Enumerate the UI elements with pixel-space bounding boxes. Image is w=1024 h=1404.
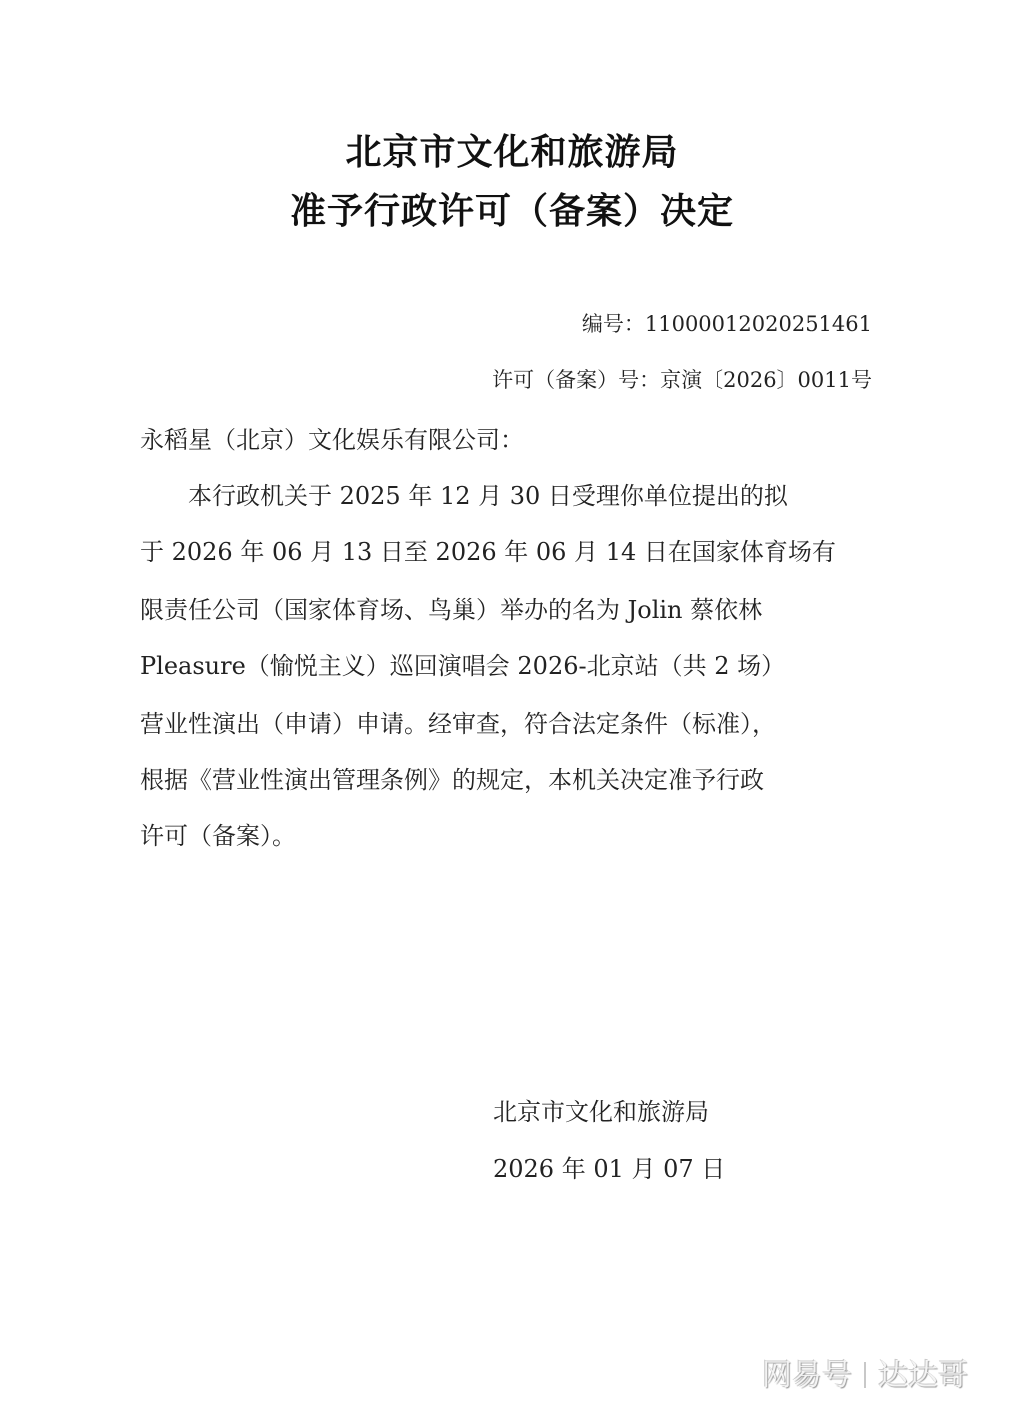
watermark-author: 达达哥 [878, 1358, 968, 1393]
watermark: 网易号达达哥 [762, 1350, 968, 1394]
body-line: 根据《营业性演出管理条例》的规定，本机关决定准予行政 [140, 760, 764, 795]
body-line: 限责任公司（国家体育场、鸟巢）举办的名为 Jolin 蔡依林 [140, 590, 762, 625]
signature-date: 2026 年 01 月 07 日 [493, 1149, 725, 1184]
body-line: 许可（备案）。 [140, 816, 296, 851]
body-line: 于 2026 年 06 月 13 日至 2026 年 06 月 14 日在国家体… [140, 532, 836, 567]
document-title-decision: 准予行政许可（备案）决定 [0, 183, 1024, 234]
body-line: 营业性演出（申请）申请。经审查，符合法定条件（标准）， [140, 704, 776, 739]
body-line: 本行政机关于 2025 年 12 月 30 日受理你单位提出的拟 [188, 476, 788, 511]
document-title-issuer: 北京市文化和旅游局 [0, 124, 1024, 175]
watermark-divider [864, 1362, 866, 1388]
body-line: Pleasure（愉悦主义）巡回演唱会 2026-北京站（共 2 场） [140, 646, 785, 681]
watermark-platform: 网易号 [762, 1358, 852, 1393]
signature-organization: 北京市文化和旅游局 [493, 1092, 709, 1127]
permit-number: 许可（备案）号：京演〔2026〕0011号 [492, 364, 872, 394]
recipient-name: 永稻星（北京）文化娱乐有限公司： [140, 420, 524, 455]
serial-number: 编号：11000012020251461 [582, 308, 872, 338]
